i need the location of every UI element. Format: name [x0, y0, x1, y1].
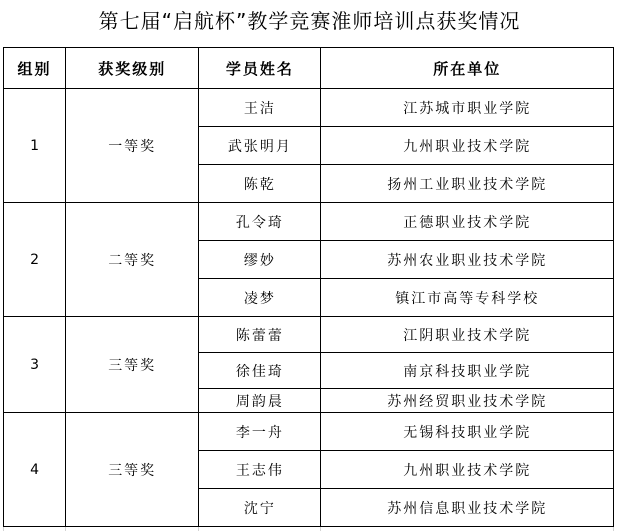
unit-cell: 苏州农业职业技术学院: [321, 241, 614, 279]
unit-cell: 扬州工业职业技术学院: [321, 165, 614, 203]
table-row: 2 二等奖 孔令琦 正德职业技术学院: [4, 203, 614, 241]
group-cell: 4: [4, 413, 66, 527]
student-name-cell: 沈宁: [199, 489, 321, 527]
header-group: 组别: [4, 48, 66, 89]
student-name-cell: 李一舟: [199, 413, 321, 451]
table-row: 1 一等奖 王洁 江苏城市职业学院: [4, 89, 614, 127]
header-award-level: 获奖级别: [66, 48, 199, 89]
student-name-cell: 徐佳琦: [199, 353, 321, 389]
unit-cell: 苏州信息职业技术学院: [321, 489, 614, 527]
student-name-cell: 孔令琦: [199, 203, 321, 241]
page-title: 第七届“启航杯”教学竞赛淮师培训点获奖情况: [0, 6, 619, 36]
award-level-cell: 三等奖: [66, 317, 199, 413]
student-name-cell: 缪妙: [199, 241, 321, 279]
student-name-cell: 王志伟: [199, 451, 321, 489]
unit-cell: 南京科技职业学院: [321, 353, 614, 389]
unit-cell: 江阴职业技术学院: [321, 317, 614, 353]
unit-cell: 九州职业技术学院: [321, 127, 614, 165]
student-name-cell: 王洁: [199, 89, 321, 127]
header-student-name: 学员姓名: [199, 48, 321, 89]
unit-cell: 镇江市高等专科学校: [321, 279, 614, 317]
table-row: 3 三等奖 陈蕾蕾 江阴职业技术学院: [4, 317, 614, 353]
student-name-cell: 陈蕾蕾: [199, 317, 321, 353]
unit-cell: 正德职业技术学院: [321, 203, 614, 241]
student-name-cell: 武张明月: [199, 127, 321, 165]
table-row: 4 三等奖 李一舟 无锡科技职业学院: [4, 413, 614, 451]
unit-cell: 江苏城市职业学院: [321, 89, 614, 127]
unit-cell: 苏州经贸职业技术学院: [321, 389, 614, 413]
header-unit: 所在单位: [321, 48, 614, 89]
award-level-cell: 二等奖: [66, 203, 199, 317]
unit-cell: 无锡科技职业学院: [321, 413, 614, 451]
student-name-cell: 陈乾: [199, 165, 321, 203]
header-row: 组别 获奖级别 学员姓名 所在单位: [4, 48, 614, 89]
student-name-cell: 周韵晨: [199, 389, 321, 413]
student-name-cell: 凌梦: [199, 279, 321, 317]
award-level-cell: 三等奖: [66, 413, 199, 527]
awards-table: 组别 获奖级别 学员姓名 所在单位 1 一等奖 王洁 江苏城市职业学院 武张明月…: [3, 47, 614, 527]
award-level-cell: 一等奖: [66, 89, 199, 203]
group-cell: 2: [4, 203, 66, 317]
group-cell: 3: [4, 317, 66, 413]
unit-cell: 九州职业技术学院: [321, 451, 614, 489]
group-cell: 1: [4, 89, 66, 203]
